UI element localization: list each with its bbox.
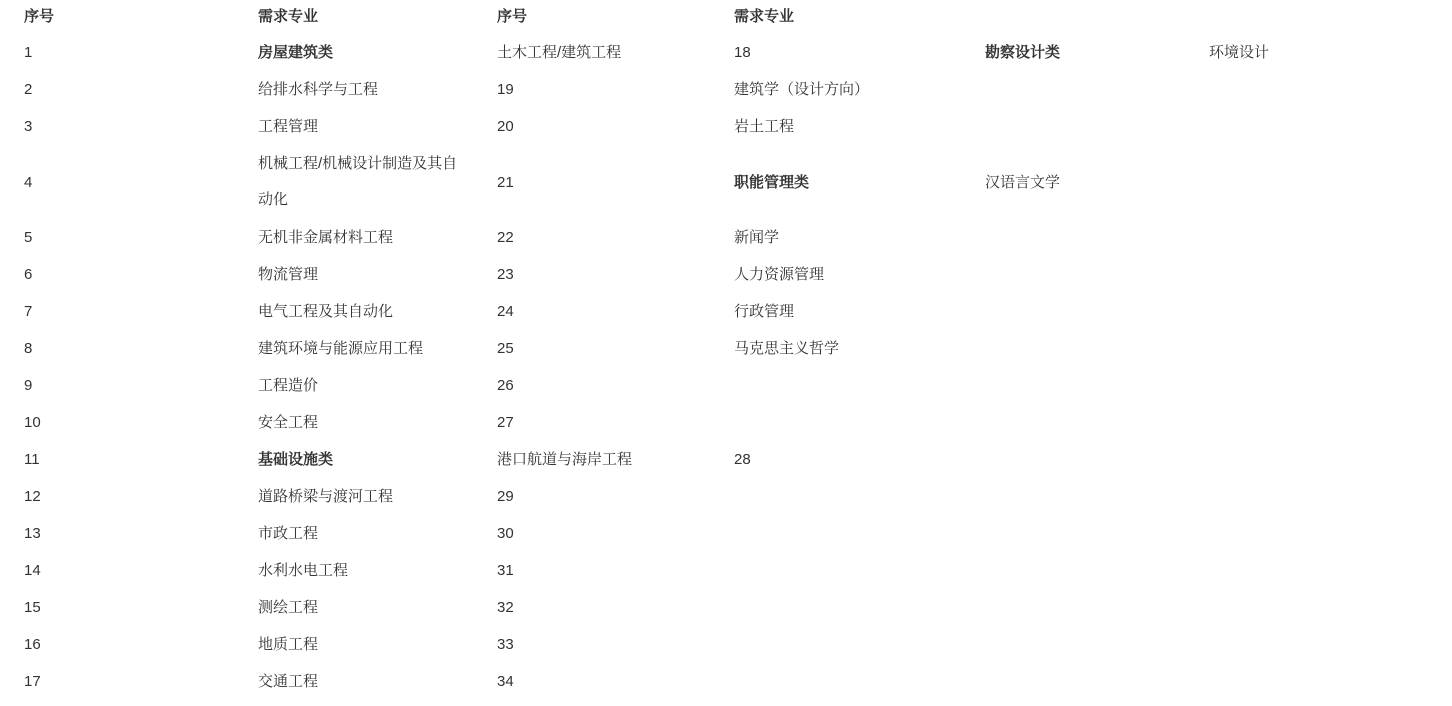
category-cell: 职能管理类 bbox=[734, 145, 985, 219]
seq-cell: 19 bbox=[497, 71, 734, 108]
header-seq-left: 序号 bbox=[24, 0, 258, 34]
category-cell: 勘察设计类 bbox=[985, 34, 1209, 71]
seq-cell: 29 bbox=[497, 478, 734, 515]
table-row: 9 工程造价 26 bbox=[24, 367, 1452, 404]
major-cell: 道路桥梁与渡河工程 bbox=[258, 478, 497, 515]
major-cell: 给排水科学与工程 bbox=[258, 71, 497, 108]
table-row: 7 电气工程及其自动化 24 行政管理 bbox=[24, 293, 1452, 330]
table-row: 8 建筑环境与能源应用工程 25 马克思主义哲学 bbox=[24, 330, 1452, 367]
major-cell: 安全工程 bbox=[258, 404, 497, 441]
major-cell: 测绘工程 bbox=[258, 589, 497, 626]
seq-cell: 31 bbox=[497, 552, 734, 589]
seq-cell: 6 bbox=[24, 256, 258, 293]
seq-cell: 1 bbox=[24, 34, 258, 71]
seq-cell: 2 bbox=[24, 71, 258, 108]
major-cell: 水利水电工程 bbox=[258, 552, 497, 589]
seq-cell: 26 bbox=[497, 367, 734, 404]
seq-cell: 14 bbox=[24, 552, 258, 589]
seq-cell: 16 bbox=[24, 626, 258, 663]
header-empty bbox=[1209, 0, 1452, 34]
seq-cell: 7 bbox=[24, 293, 258, 330]
seq-cell: 24 bbox=[497, 293, 734, 330]
seq-cell: 12 bbox=[24, 478, 258, 515]
major-cell: 工程造价 bbox=[258, 367, 497, 404]
major-wrapped-text: 机械工程/机械设计制造及其自动化 bbox=[258, 146, 468, 218]
table-row: 17 交通工程 34 bbox=[24, 663, 1452, 700]
seq-cell: 33 bbox=[497, 626, 734, 663]
major-cell: 环境设计 bbox=[1209, 34, 1452, 71]
major-cell: 汉语言文学 bbox=[985, 145, 1209, 219]
table-row: 15 测绘工程 32 bbox=[24, 589, 1452, 626]
table-row: 4 机械工程/机械设计制造及其自动化 21 职能管理类 汉语言文学 bbox=[24, 145, 1452, 219]
category-cell: 基础设施类 bbox=[258, 441, 497, 478]
seq-cell: 27 bbox=[497, 404, 734, 441]
header-major-left: 需求专业 bbox=[258, 0, 497, 34]
major-cell: 市政工程 bbox=[258, 515, 497, 552]
major-cell: 无机非金属材料工程 bbox=[258, 219, 497, 256]
seq-cell: 21 bbox=[497, 145, 734, 219]
seq-cell: 5 bbox=[24, 219, 258, 256]
majors-demand-table: 序号 需求专业 序号 需求专业 1 房屋建筑类 土木工程/建筑工程 18 勘察设… bbox=[24, 0, 1452, 700]
seq-cell: 17 bbox=[24, 663, 258, 700]
table-header-row: 序号 需求专业 序号 需求专业 bbox=[24, 0, 1452, 34]
table-row: 13 市政工程 30 bbox=[24, 515, 1452, 552]
seq-cell: 18 bbox=[734, 34, 985, 71]
major-cell: 地质工程 bbox=[258, 626, 497, 663]
table-row: 3 工程管理 20 岩土工程 bbox=[24, 108, 1452, 145]
table-row: 6 物流管理 23 人力资源管理 bbox=[24, 256, 1452, 293]
seq-cell: 10 bbox=[24, 404, 258, 441]
seq-cell: 15 bbox=[24, 589, 258, 626]
major-cell: 人力资源管理 bbox=[734, 256, 985, 293]
seq-cell: 25 bbox=[497, 330, 734, 367]
seq-cell: 32 bbox=[497, 589, 734, 626]
major-cell: 港口航道与海岸工程 bbox=[497, 441, 734, 478]
table-row: 16 地质工程 33 bbox=[24, 626, 1452, 663]
table-row: 1 房屋建筑类 土木工程/建筑工程 18 勘察设计类 环境设计 bbox=[24, 34, 1452, 71]
major-cell: 机械工程/机械设计制造及其自动化 bbox=[258, 145, 497, 219]
seq-cell: 3 bbox=[24, 108, 258, 145]
seq-cell: 22 bbox=[497, 219, 734, 256]
seq-cell: 20 bbox=[497, 108, 734, 145]
category-cell: 房屋建筑类 bbox=[258, 34, 497, 71]
table-row: 12 道路桥梁与渡河工程 29 bbox=[24, 478, 1452, 515]
seq-cell: 30 bbox=[497, 515, 734, 552]
header-empty bbox=[985, 0, 1209, 34]
seq-cell: 13 bbox=[24, 515, 258, 552]
major-cell: 建筑学（设计方向） bbox=[734, 71, 985, 108]
major-cell: 行政管理 bbox=[734, 293, 985, 330]
seq-cell: 23 bbox=[497, 256, 734, 293]
seq-cell: 8 bbox=[24, 330, 258, 367]
major-cell: 新闻学 bbox=[734, 219, 985, 256]
major-cell: 电气工程及其自动化 bbox=[258, 293, 497, 330]
major-cell: 岩土工程 bbox=[734, 108, 985, 145]
header-seq-right: 序号 bbox=[497, 0, 734, 34]
seq-cell: 4 bbox=[24, 145, 258, 219]
table-row: 5 无机非金属材料工程 22 新闻学 bbox=[24, 219, 1452, 256]
seq-cell: 34 bbox=[497, 663, 734, 700]
seq-cell: 28 bbox=[734, 441, 985, 478]
table-row: 2 给排水科学与工程 19 建筑学（设计方向） bbox=[24, 71, 1452, 108]
major-cell: 交通工程 bbox=[258, 663, 497, 700]
header-major-right: 需求专业 bbox=[734, 0, 985, 34]
major-cell: 工程管理 bbox=[258, 108, 497, 145]
table-row: 14 水利水电工程 31 bbox=[24, 552, 1452, 589]
major-cell: 土木工程/建筑工程 bbox=[497, 34, 734, 71]
major-cell: 马克思主义哲学 bbox=[734, 330, 985, 367]
major-cell: 建筑环境与能源应用工程 bbox=[258, 330, 497, 367]
seq-cell: 11 bbox=[24, 441, 258, 478]
major-cell: 物流管理 bbox=[258, 256, 497, 293]
seq-cell: 9 bbox=[24, 367, 258, 404]
table-row: 10 安全工程 27 bbox=[24, 404, 1452, 441]
majors-demand-page: 序号 需求专业 序号 需求专业 1 房屋建筑类 土木工程/建筑工程 18 勘察设… bbox=[0, 0, 1452, 706]
table-row: 11 基础设施类 港口航道与海岸工程 28 bbox=[24, 441, 1452, 478]
